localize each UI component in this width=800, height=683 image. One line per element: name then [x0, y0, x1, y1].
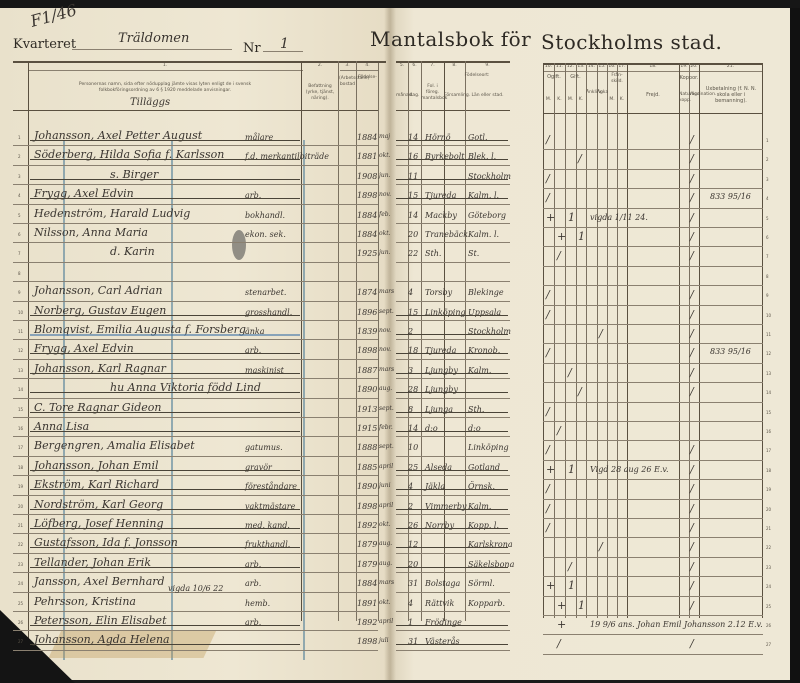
- row-rule: [13, 145, 378, 146]
- margin-note: vigda 10/6 22: [168, 584, 223, 593]
- row-number: 20: [18, 504, 23, 509]
- row-rule: [543, 246, 763, 247]
- row-rule: [396, 223, 510, 224]
- row-rule: [543, 343, 763, 344]
- row-number-right: 2: [766, 157, 769, 162]
- row-number-right: 12: [766, 351, 771, 356]
- row-rule: [543, 402, 763, 403]
- strikethrough: [30, 489, 300, 490]
- person-name: Bergengren, Amalia Elisabet: [34, 439, 195, 452]
- col16-number: 16.: [607, 64, 617, 70]
- birth-day: 14: [408, 211, 418, 220]
- strikethrough: [396, 334, 508, 335]
- strikethrough: [396, 373, 508, 374]
- row-rule: [13, 630, 378, 631]
- row-rule: [543, 634, 763, 635]
- birth-month: sept.: [379, 443, 394, 450]
- row-rule: [13, 184, 378, 185]
- row-rule: [396, 165, 510, 166]
- strikethrough: [30, 412, 300, 413]
- col18-header: Frejd.: [627, 92, 679, 98]
- birth-day: 4: [408, 288, 413, 297]
- row-rule: [543, 227, 763, 228]
- header-sub-rule: [340, 70, 378, 71]
- birth-county: Göteborg: [468, 211, 506, 220]
- row-number: 2: [18, 154, 21, 159]
- row-rule: [13, 262, 378, 263]
- kopper-mark: /: [690, 288, 694, 301]
- birth-county: Sörml.: [468, 579, 495, 588]
- col3-number: 3.: [339, 63, 356, 69]
- row-rule: [543, 285, 763, 286]
- row-rule: [396, 204, 510, 205]
- row-number: 14: [18, 387, 23, 392]
- strikethrough: [396, 140, 508, 141]
- franskild-group-header: Från-skild.: [607, 73, 627, 85]
- gift-k: 1: [578, 599, 585, 612]
- frejd-note: 19 9/6 ans. Johan Emil Johansson 2.12 E.…: [590, 620, 763, 629]
- row-number: 12: [18, 348, 23, 353]
- kopper-group-header: Koppor.: [679, 75, 699, 81]
- occupation: bokhandl.: [245, 211, 285, 220]
- strikethrough: [30, 334, 300, 336]
- row-rule: [396, 436, 510, 437]
- col21-header: Uxbetalning (f. N. N. skola eller i bema…: [702, 86, 760, 104]
- birth-month: aug.: [379, 540, 392, 547]
- row-number: 10: [18, 310, 23, 315]
- row-number-right: 7: [766, 254, 769, 259]
- birth-day: 4: [408, 599, 413, 608]
- birth-parish: Mackby: [425, 211, 457, 220]
- kopper-mark: /: [690, 172, 694, 185]
- row-rule: [13, 320, 378, 321]
- ogift-m: /: [546, 482, 550, 495]
- row-rule: [13, 339, 378, 340]
- column-rule: [607, 63, 608, 618]
- col2-header: Befattning (yrke, tjänst, näring).: [303, 84, 337, 102]
- row-number: 9: [18, 290, 21, 295]
- col9-header: Län eller stad.: [465, 93, 510, 99]
- col8-header: Församling.: [444, 93, 465, 99]
- row-number: 11: [18, 329, 23, 334]
- birth-month: febr.: [379, 424, 393, 431]
- strikethrough: [396, 644, 508, 645]
- row-number-right: 10: [766, 313, 771, 318]
- row-rule: [396, 611, 510, 612]
- row-rule: [13, 242, 378, 243]
- person-name: Hedenström, Harald Ludvig: [34, 207, 190, 220]
- birth-month: okt.: [379, 521, 391, 528]
- person-name: Pehrsson, Kristina: [34, 595, 136, 608]
- ogift-m: /: [546, 443, 550, 456]
- row-rule: [543, 266, 763, 267]
- column-rule: [699, 63, 700, 618]
- kopper-mark: /: [690, 366, 694, 379]
- row-rule: [543, 537, 763, 538]
- col18-number: 18.: [627, 64, 679, 70]
- row-rule: [13, 378, 378, 379]
- row-rule: [396, 320, 510, 321]
- ogift-k: +: [557, 599, 566, 612]
- birth-year: 1881: [357, 152, 377, 161]
- column-rule: [679, 63, 680, 618]
- column-rule: [627, 63, 628, 618]
- ogift-m: +: [546, 211, 555, 224]
- row-rule: [543, 654, 763, 655]
- row-rule: [543, 363, 763, 364]
- col9-number: 9.: [465, 63, 510, 69]
- ogift-m: /: [546, 133, 550, 146]
- birth-year: 1890: [357, 385, 377, 394]
- birth-year: 1879: [357, 560, 377, 569]
- kopper-mark: /: [690, 521, 694, 534]
- kopper-mark: /: [690, 211, 694, 224]
- col14-number: 14.: [586, 64, 597, 70]
- franskild-k-label: K.: [617, 97, 627, 103]
- kopper-mark: /: [690, 191, 694, 204]
- col1-header: Personernas namn, sida efter nödupplag j…: [60, 82, 270, 94]
- row-number: 3: [18, 174, 21, 179]
- birth-month: nov.: [379, 346, 391, 353]
- strikethrough: [30, 644, 300, 645]
- row-rule: [13, 301, 378, 302]
- ogift-k: /: [557, 637, 561, 650]
- birth-month: feb.: [379, 211, 391, 218]
- row-rule: [396, 592, 510, 593]
- column-rule: [597, 63, 598, 618]
- row-number: 7: [18, 251, 21, 256]
- birth-year: 1884: [357, 211, 377, 220]
- row-number: 4: [18, 193, 21, 198]
- nr-label: Nr: [243, 41, 261, 56]
- row-number-right: 1: [766, 138, 769, 143]
- person-name: d. Karin: [110, 245, 155, 258]
- row-number-right: 24: [766, 584, 771, 589]
- row-number-right: 6: [766, 235, 769, 240]
- ogift-k: /: [557, 249, 561, 262]
- col19-number: 19.: [679, 64, 689, 70]
- row-rule: [543, 615, 763, 616]
- strikethrough: [396, 567, 508, 568]
- row-rule: [396, 301, 510, 302]
- birth-month: aug.: [379, 385, 392, 392]
- birth-month: okt.: [379, 599, 391, 606]
- gift-k: /: [578, 385, 582, 398]
- header-top-rule: [378, 61, 386, 63]
- gift-group-header: Gift.: [565, 74, 586, 80]
- ogift-m: /: [546, 346, 550, 359]
- col7-number: 7.: [421, 63, 444, 69]
- col4-number: 4.: [357, 63, 378, 69]
- birth-county: Blekinge: [468, 288, 504, 297]
- row-number-right: 18: [766, 468, 771, 473]
- col6-number: 6.: [408, 63, 421, 69]
- kopper-mark: /: [690, 540, 694, 553]
- strikethrough: [30, 528, 300, 529]
- birth-month: april: [379, 502, 393, 509]
- row-number: 18: [18, 465, 23, 470]
- birth-year: 1874: [357, 288, 377, 297]
- row-number-right: 13: [766, 371, 771, 376]
- header-bottom-rule: [396, 110, 510, 111]
- birth-month: april: [379, 463, 393, 470]
- gift-m-label: M.: [565, 97, 576, 103]
- person-name: Nilsson, Anna Maria: [34, 226, 148, 239]
- row-rule: [13, 456, 378, 457]
- birth-month: jun.: [379, 249, 391, 256]
- strikethrough: [30, 392, 300, 393]
- col19-header: Naturliga kopp.: [679, 92, 689, 104]
- birth-year: 1925: [357, 249, 377, 258]
- birthplace-group-header: Födelseort:: [444, 73, 510, 79]
- row-number-right: 17: [766, 448, 771, 453]
- strikethrough: [396, 431, 508, 432]
- row-number-right: 15: [766, 410, 771, 415]
- row-rule: [13, 223, 378, 224]
- column-rule: [586, 63, 587, 618]
- kopper-mark: /: [690, 579, 694, 592]
- row-number-right: 25: [766, 604, 771, 609]
- ogift-m: /: [546, 502, 550, 515]
- anka-mark: /: [599, 327, 603, 340]
- row-rule: [396, 145, 510, 146]
- ogift-group-header: Ogift.: [543, 74, 565, 80]
- col3-header: (Arbetsställe) bostad: [339, 76, 356, 88]
- birth-year: 1913: [357, 405, 377, 414]
- row-number-right: 3: [766, 177, 769, 182]
- strikethrough: [30, 373, 300, 374]
- row-rule: [543, 499, 763, 500]
- ogift-m: /: [546, 172, 550, 185]
- birth-group-header: Födelse-: [357, 75, 378, 81]
- scanner-top-border: [0, 0, 800, 8]
- row-number: 15: [18, 407, 23, 412]
- birth-month: sept.: [379, 405, 394, 412]
- row-rule: [13, 436, 378, 437]
- row-rule: [13, 165, 378, 166]
- col12-number: 12.: [565, 64, 576, 70]
- row-rule: [543, 324, 763, 325]
- kvarteret-underline: [72, 49, 232, 50]
- col15-header: Änka: [597, 90, 607, 96]
- strikethrough: [396, 315, 508, 316]
- birth-year: 1884: [357, 230, 377, 239]
- row-rule: [543, 169, 763, 170]
- strikethrough: [30, 198, 300, 199]
- birth-parish: Tranebäck: [425, 230, 468, 239]
- strikethrough: [396, 625, 508, 626]
- birth-year: 1915: [357, 424, 377, 433]
- occupation: arb.: [245, 579, 261, 588]
- col1-handwritten: Tilläggs: [130, 97, 170, 108]
- kopper-mark: /: [690, 560, 694, 573]
- gift-m: /: [568, 560, 572, 573]
- strikethrough: [396, 353, 508, 354]
- birth-day: 31: [408, 579, 418, 588]
- nr-value: 1: [280, 36, 289, 52]
- row-number-right: 11: [766, 332, 771, 337]
- franskild-m-label: M.: [607, 97, 617, 103]
- row-rule: [13, 572, 378, 573]
- birth-year: 1892: [357, 618, 377, 627]
- row-rule: [543, 576, 763, 577]
- row-rule: [396, 475, 510, 476]
- column-rule: [543, 63, 544, 618]
- kopper-mark: /: [690, 443, 694, 456]
- birth-year: 1890: [357, 482, 377, 491]
- strikethrough: [30, 353, 300, 354]
- row-number-right: 27: [766, 642, 771, 647]
- row-rule: [543, 382, 763, 383]
- row-rule: [13, 475, 378, 476]
- birth-month: mars: [379, 288, 394, 295]
- row-number: 1: [18, 135, 21, 140]
- row-number: 26: [18, 620, 23, 625]
- row-number-right: 4: [766, 196, 769, 201]
- birth-month: mars: [379, 366, 394, 373]
- ogift-m: /: [546, 308, 550, 321]
- birth-parish: Bolstaga: [425, 579, 460, 588]
- birth-month: nov.: [379, 327, 391, 334]
- row-rule: [13, 495, 378, 496]
- row-rule: [543, 518, 763, 519]
- row-rule: [543, 460, 763, 461]
- strikethrough: [396, 470, 508, 471]
- col5-number: 5.: [396, 63, 408, 69]
- birth-month: juni: [379, 482, 391, 489]
- birth-month: jun.: [379, 172, 391, 179]
- row-number-right: 21: [766, 526, 771, 531]
- strikethrough: [396, 528, 508, 529]
- row-rule: [396, 495, 510, 496]
- column-rule: [554, 63, 555, 618]
- birth-year: 1879: [357, 540, 377, 549]
- row-number-right: 5: [766, 216, 769, 221]
- strikethrough: [396, 392, 508, 393]
- row-rule: [396, 514, 510, 515]
- birth-parish: Rättvik: [425, 599, 454, 608]
- column-rule: [565, 63, 566, 618]
- col5-header: månad.: [396, 93, 408, 99]
- ogift-m: +: [546, 579, 555, 592]
- col8-number: 8.: [444, 63, 465, 69]
- row-number-right: 9: [766, 293, 769, 298]
- col1-number: 1.: [150, 63, 180, 69]
- row-rule: [13, 417, 378, 418]
- person-name: Johansson, Carl Adrian: [34, 284, 162, 297]
- row-number: 16: [18, 426, 23, 431]
- kvarteret-value: Träldomen: [118, 31, 189, 46]
- gift-k: /: [578, 152, 582, 165]
- row-rule: [396, 533, 510, 534]
- row-rule: [13, 359, 378, 360]
- strikethrough: [30, 159, 300, 160]
- gift-m: 1: [568, 463, 575, 476]
- strikethrough: [30, 179, 300, 180]
- ogift-k: +: [557, 230, 566, 243]
- ogift-m: /: [546, 191, 550, 204]
- row-number: 8: [18, 271, 21, 276]
- occupation: gatumus.: [245, 443, 283, 452]
- strikethrough: [30, 140, 300, 141]
- frejd-note: Vigd 28 aug 26 E.v.: [590, 465, 669, 474]
- birth-year: 1892: [357, 521, 377, 530]
- title-left: Mantalsbok för: [370, 27, 531, 51]
- kopper-mark: /: [690, 482, 694, 495]
- row-rule: [396, 456, 510, 457]
- row-number-right: 19: [766, 487, 771, 492]
- row-number-right: 16: [766, 429, 771, 434]
- strikethrough: [396, 179, 508, 180]
- birth-year: 1884: [357, 579, 377, 588]
- uxbetalning: 833 95/16: [710, 192, 751, 201]
- birth-month: okt.: [379, 152, 391, 159]
- row-rule: [396, 553, 510, 554]
- strikethrough: [30, 509, 300, 510]
- birth-year: 1885: [357, 463, 377, 472]
- row-rule: [396, 417, 510, 418]
- row-rule: [543, 305, 763, 306]
- row-number: 21: [18, 523, 23, 528]
- strikethrough: [30, 547, 300, 548]
- col13-number: 13.: [576, 64, 586, 70]
- birth-county: Kalm. l.: [468, 230, 499, 239]
- col10-number: 10.: [543, 64, 554, 70]
- ogift-m-label: M.: [543, 97, 554, 103]
- row-number: 23: [18, 562, 23, 567]
- row-rule: [396, 650, 510, 651]
- row-number-right: 14: [766, 390, 771, 395]
- row-number-right: 20: [766, 507, 771, 512]
- row-number: 27: [18, 639, 23, 644]
- row-rule: [13, 398, 378, 399]
- col14-header: Änkling: [586, 90, 597, 96]
- row-rule: [543, 188, 763, 189]
- col15-number: 15.: [597, 64, 607, 70]
- birth-month: april: [379, 618, 393, 625]
- kopper-mark: /: [690, 346, 694, 359]
- header-bottom-rule: [13, 110, 378, 111]
- column-rule: [28, 61, 29, 683]
- birth-month: okt.: [379, 230, 391, 237]
- ogift-k-label: K.: [554, 97, 565, 103]
- row-number-right: 26: [766, 623, 771, 628]
- row-rule: [543, 596, 763, 597]
- row-rule: [396, 359, 510, 360]
- gift-m: 1: [568, 211, 575, 224]
- row-rule: [543, 208, 763, 209]
- header-sub-rule: [28, 70, 303, 71]
- row-number-right: 23: [766, 565, 771, 570]
- occupation: stenarbet.: [245, 288, 286, 297]
- row-rule: [543, 149, 763, 150]
- row-rule: [396, 242, 510, 243]
- ogift-k: +: [557, 618, 566, 631]
- row-number: 13: [18, 368, 23, 373]
- row-rule: [543, 557, 763, 558]
- col20-number: 20.: [689, 64, 699, 70]
- col7-header: Fol. i föreg. mantalsbok: [421, 84, 444, 102]
- uxbetalning: 833 95/16: [710, 347, 751, 356]
- birth-parish: Torsby: [425, 288, 452, 297]
- row-number: 17: [18, 445, 23, 450]
- gift-k-label: K.: [576, 97, 586, 103]
- strikethrough: [30, 625, 300, 626]
- row-rule: [13, 650, 378, 651]
- strikethrough: [30, 470, 300, 471]
- column-rule: [762, 63, 763, 618]
- birth-year: 1898: [357, 502, 377, 511]
